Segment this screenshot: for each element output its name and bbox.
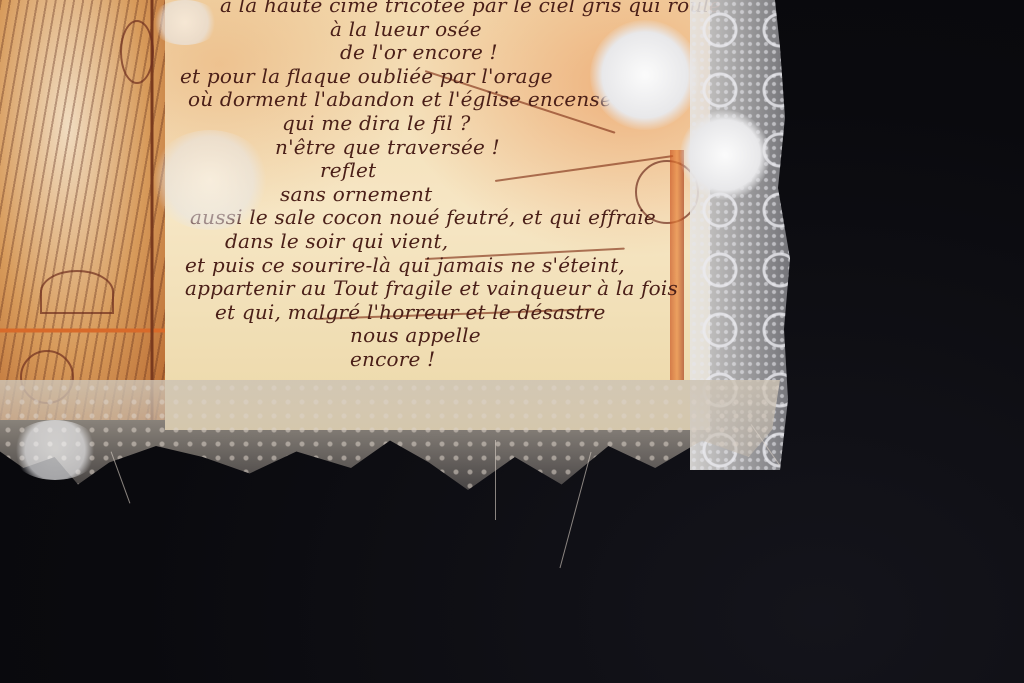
poem-line: à la haute cime tricotée par le ciel gri… — [180, 0, 700, 18]
poem-line: appartenir au Tout fragile et vainqueur … — [180, 277, 700, 301]
poem-line: dans le soir qui vient, — [180, 230, 700, 254]
wool-fluff — [150, 0, 220, 45]
wool-fluff — [680, 110, 770, 200]
poem-line: encore ! — [180, 348, 700, 372]
poem-line: et qui, malgré l'horreur et le désastre — [180, 301, 700, 325]
drawn-flower — [120, 20, 154, 84]
lace-flower-motif — [10, 420, 100, 480]
loose-thread — [495, 440, 496, 520]
lace-flower-motif — [150, 130, 270, 230]
poem-line: et puis ce sourire-là qui jamais ne s'ét… — [180, 254, 700, 278]
illustrated-tree-panel — [0, 0, 170, 420]
poem-line: nous appelle — [180, 324, 700, 348]
wool-fluff — [590, 20, 700, 130]
drawn-arch — [40, 270, 114, 314]
